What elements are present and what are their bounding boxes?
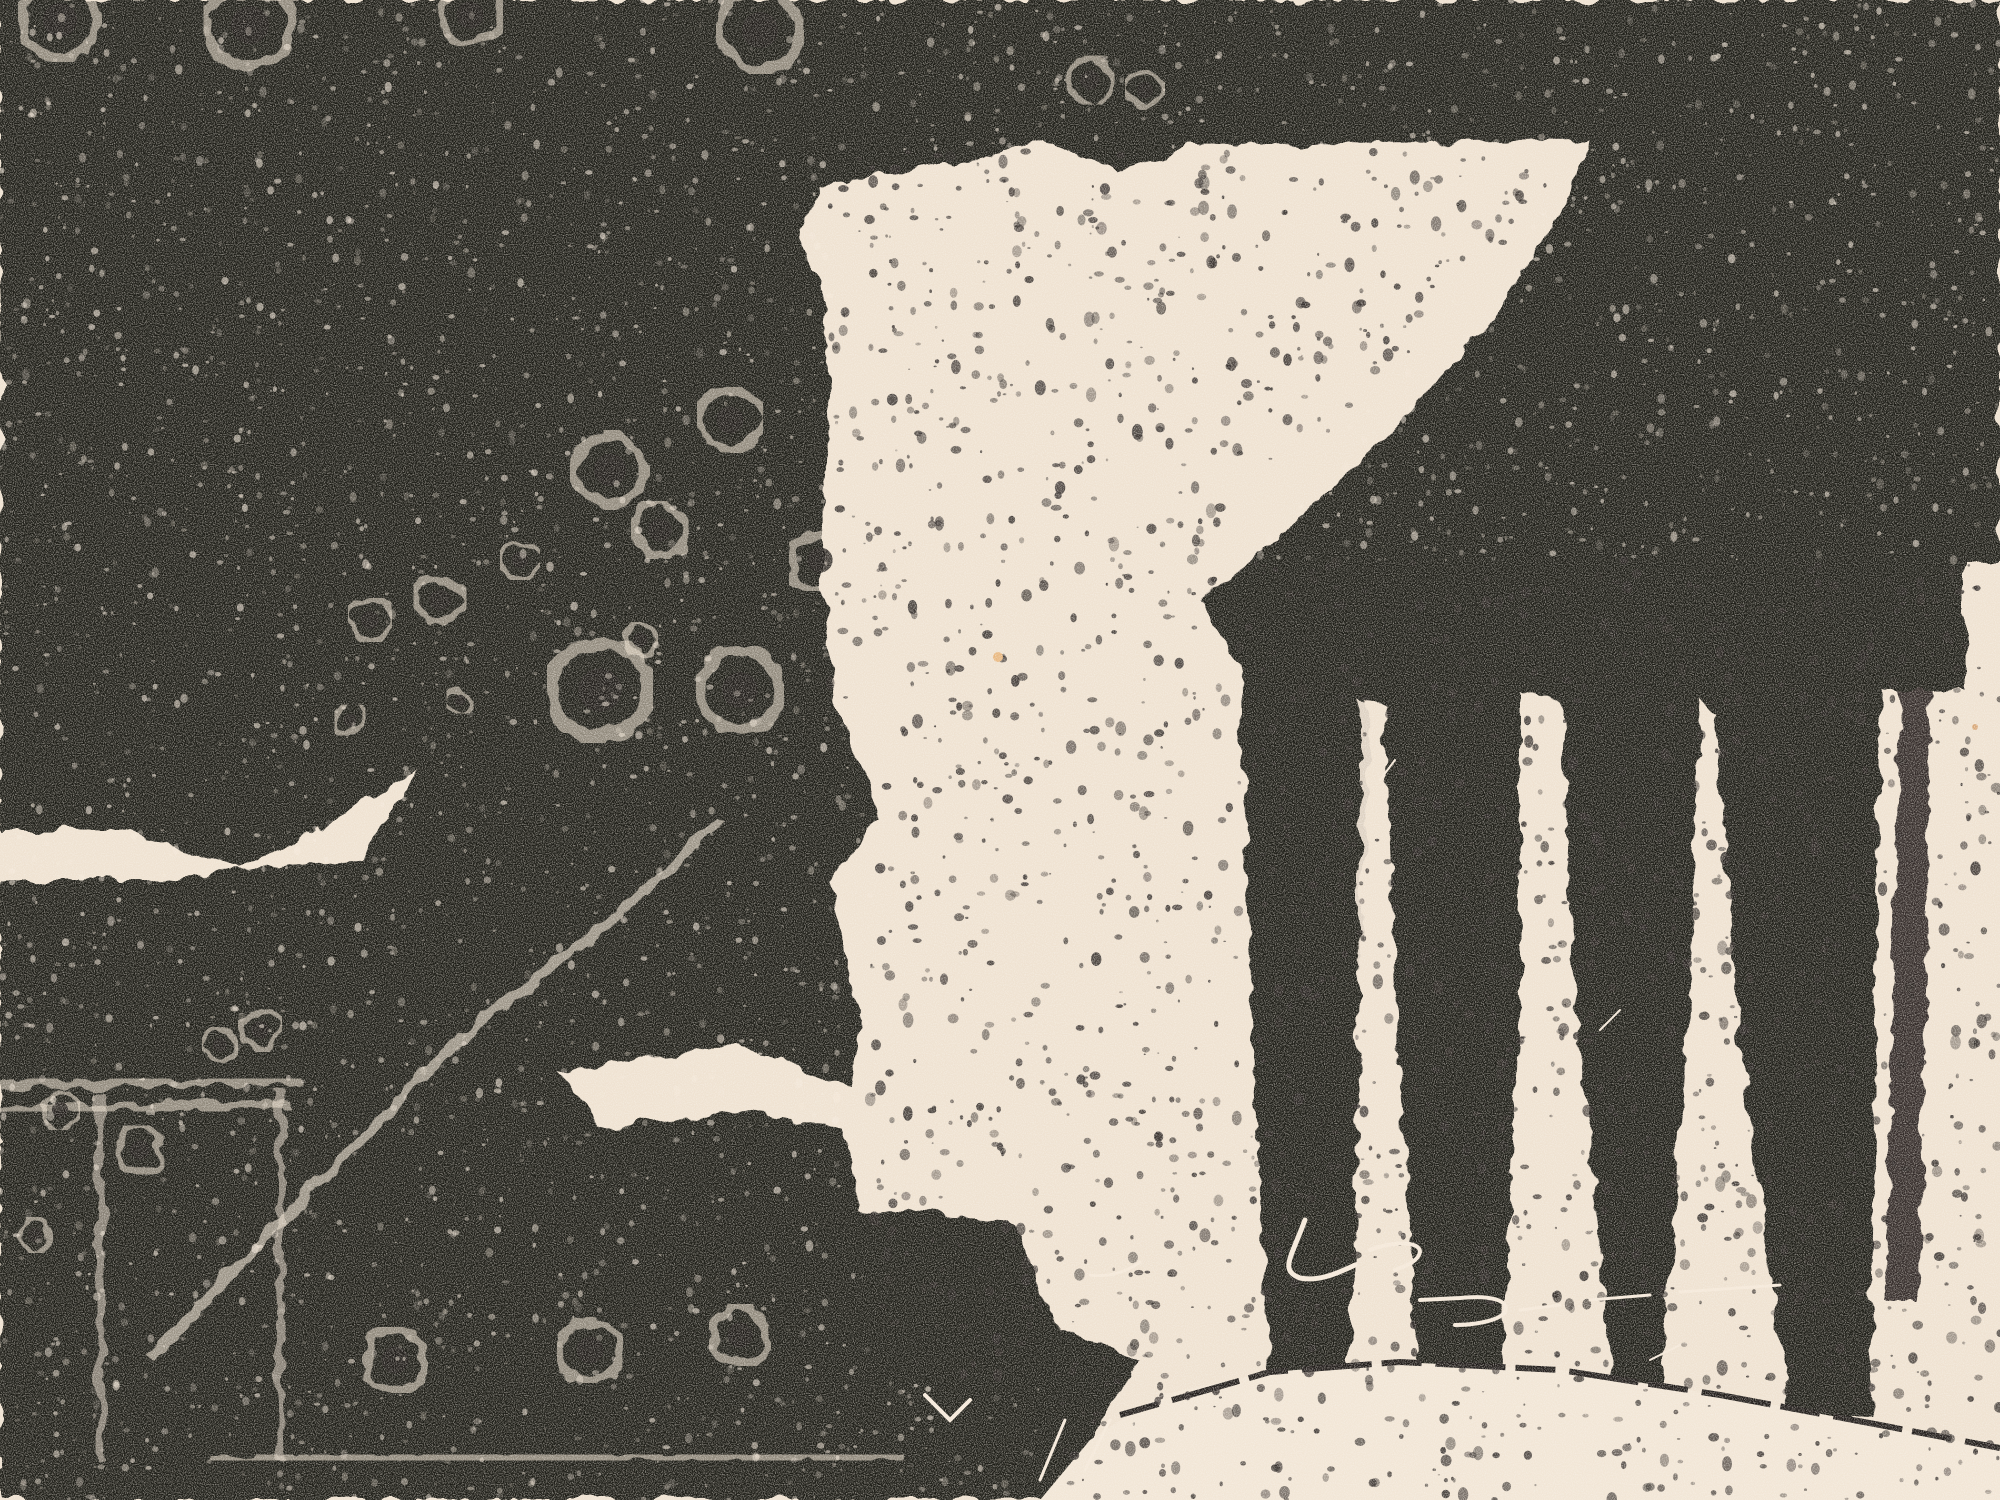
paper-grain	[0, 0, 2000, 1500]
artwork-print: Black ink on cream paper: dark textured …	[0, 0, 2000, 1500]
print-canvas	[0, 0, 2000, 1500]
